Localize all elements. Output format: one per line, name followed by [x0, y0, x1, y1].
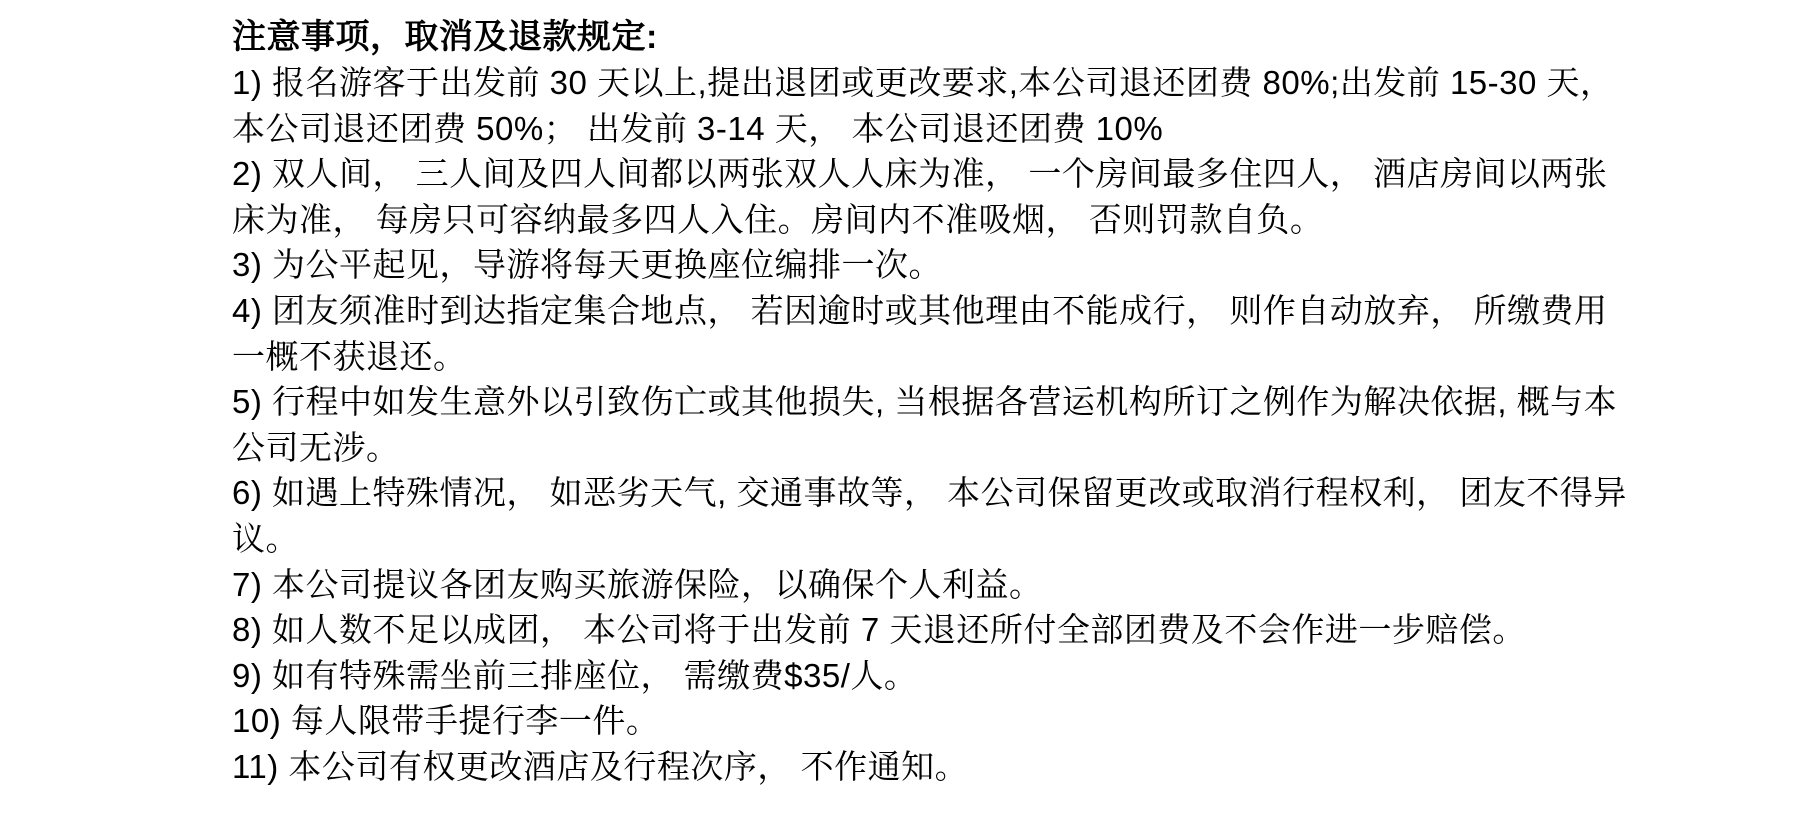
notice-item-5: 5) 行程中如发生意外以引致伤亡或其他损失, 当根据各营运机构所订之例作为解决依…	[232, 379, 1628, 470]
notice-item-9: 9) 如有特殊需坐前三排座位， 需缴费$35/人。	[232, 653, 1628, 699]
notice-item-4: 4) 团友须准时到达指定集合地点， 若因逾时或其他理由不能成行， 则作自动放弃，…	[232, 288, 1628, 379]
document-title: 注意事项，取消及退款规定:	[232, 14, 1628, 60]
notice-item-2: 2) 双人间， 三人间及四人间都以两张双人人床为准， 一个房间最多住四人， 酒店…	[232, 151, 1628, 242]
notice-item-7: 7) 本公司提议各团友购买旅游保险，以确保个人利益。	[232, 562, 1628, 608]
notice-item-1: 1) 报名游客于出发前 30 天以上,提出退团或更改要求,本公司退还团费 80%…	[232, 60, 1628, 151]
notice-item-6: 6) 如遇上特殊情况， 如恶劣天气, 交通事故等， 本公司保留更改或取消行程权利…	[232, 470, 1628, 561]
notice-item-10: 10) 每人限带手提行李一件。	[232, 698, 1628, 744]
notice-item-8: 8) 如人数不足以成团， 本公司将于出发前 7 天退还所付全部团费及不会作进一步…	[232, 607, 1628, 653]
document-page: 注意事项，取消及退款规定: 1) 报名游客于出发前 30 天以上,提出退团或更改…	[232, 14, 1628, 790]
notice-item-11: 11) 本公司有权更改酒店及行程次序， 不作通知。	[232, 744, 1628, 790]
notice-item-3: 3) 为公平起见，导游将每天更换座位编排一次。	[232, 242, 1628, 288]
